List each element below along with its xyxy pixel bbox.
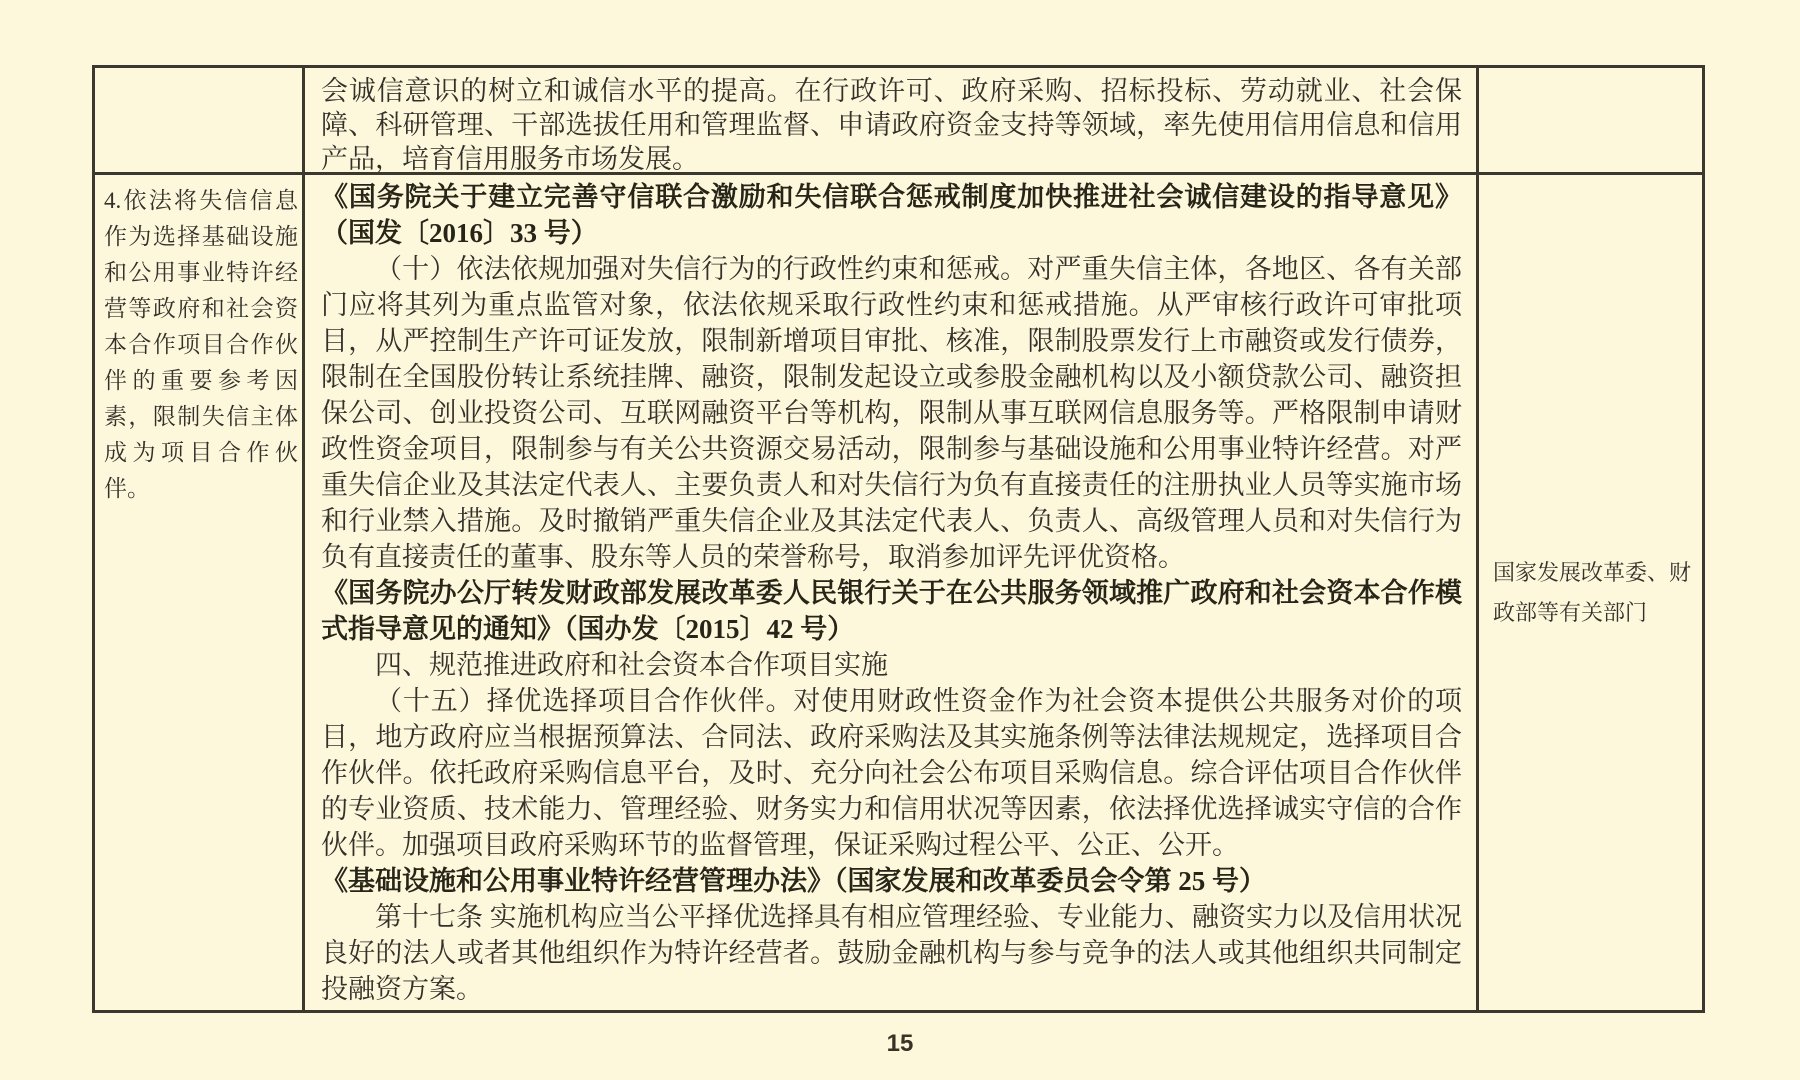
- department-cell-empty: [1479, 68, 1702, 172]
- policy-paragraph: 第十七条 实施机构应当公平择优选择具有相应管理经验、专业能力、融资实力以及信用状…: [321, 899, 1462, 1007]
- responsible-department: 国家发展改革委、财政部等有关部门: [1493, 553, 1696, 633]
- table-row-item-4: 4.依法将失信信息作为选择基础设施和公用事业特许经营等政府和社会资本合作项目合作…: [95, 175, 1702, 1010]
- policy-paragraph: （十五）择优选择项目合作伙伴。对使用财政性资金作为社会资本提供公共服务对价的项目…: [321, 683, 1462, 863]
- policy-paragraph: 特许经营者选择应当符合内外资准入等有关法律、行政法规规定。: [321, 1007, 1462, 1010]
- task-cell: 4.依法将失信信息作为选择基础设施和公用事业特许经营等政府和社会资本合作项目合作…: [95, 175, 305, 1010]
- table-row-continuation: 会诚信意识的树立和诚信水平的提高。在行政许可、政府采购、招标投标、劳动就业、社会…: [95, 68, 1702, 175]
- content-cell-continuation: 会诚信意识的树立和诚信水平的提高。在行政许可、政府采购、招标投标、劳动就业、社会…: [305, 68, 1479, 172]
- policy-title: 《国务院办公厅转发财政部发展改革委人民银行关于在公共服务领域推广政府和社会资本合…: [321, 575, 1462, 647]
- policy-title: 《基础设施和公用事业特许经营管理办法》（国家发展和改革委员会令第 25 号）: [321, 863, 1462, 899]
- task-cell-empty: [95, 68, 305, 172]
- continuation-paragraph: 会诚信意识的树立和诚信水平的提高。在行政许可、政府采购、招标投标、劳动就业、社会…: [321, 74, 1462, 172]
- task-description: 4.依法将失信信息作为选择基础设施和公用事业特许经营等政府和社会资本合作项目合作…: [104, 183, 298, 507]
- policy-paragraph: （十）依法依规加强对失信行为的行政性约束和惩戒。对严重失信主体，各地区、各有关部…: [321, 251, 1462, 575]
- page-number: 15: [0, 1030, 1800, 1058]
- policy-section-heading: 四、规范推进政府和社会资本合作项目实施: [321, 647, 1462, 683]
- content-cell: 《国务院关于建立完善守信联合激励和失信联合惩戒制度加快推进社会诚信建设的指导意见…: [305, 175, 1479, 1010]
- document-page: 会诚信意识的树立和诚信水平的提高。在行政许可、政府采购、招标投标、劳动就业、社会…: [0, 0, 1800, 1080]
- department-cell: 国家发展改革委、财政部等有关部门: [1479, 175, 1702, 1010]
- policy-title: 《国务院关于建立完善守信联合激励和失信联合惩戒制度加快推进社会诚信建设的指导意见…: [321, 179, 1462, 251]
- policy-table: 会诚信意识的树立和诚信水平的提高。在行政许可、政府采购、招标投标、劳动就业、社会…: [92, 65, 1705, 1013]
